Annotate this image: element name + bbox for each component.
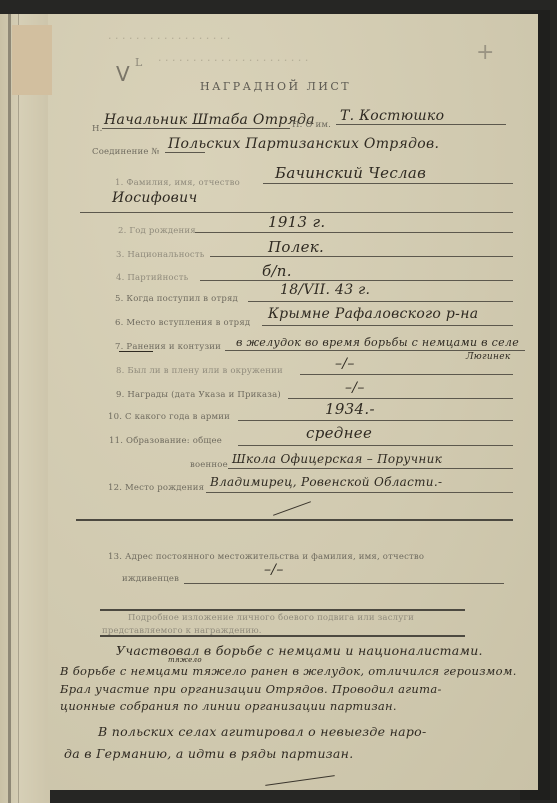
field-value-join-place: Крымне Рафаловского р-на xyxy=(268,306,478,322)
field-line xyxy=(195,232,513,233)
unit-label: Соединение № xyxy=(92,147,160,157)
binding-line xyxy=(8,14,11,803)
corner-check-icon: V xyxy=(116,62,130,86)
bleed-through-text: · · · · · · · · · · · · · · · · · · xyxy=(108,32,230,45)
underline-mark xyxy=(119,351,153,352)
field-value-birthplace: Владимирец, Ровенской Области.- xyxy=(210,475,442,489)
field-value-awards: –/– xyxy=(345,380,365,396)
paper-tab xyxy=(12,25,52,95)
field-line xyxy=(225,350,525,351)
field-line xyxy=(262,325,513,326)
field-value-military-education: Школа Офицерская – Поручник xyxy=(232,452,442,466)
field-value-birth-year: 1913 г. xyxy=(268,213,325,231)
field-label-army-since: 10. С какого года в армии xyxy=(108,412,230,422)
from-label: Н. xyxy=(92,124,103,134)
narrative-top-rule xyxy=(100,609,465,611)
field-label-address: 13. Адрес постоянного местожительства и … xyxy=(108,552,424,562)
field-line xyxy=(263,183,513,184)
po-underline xyxy=(336,124,506,125)
field-label-nationality: 3. Национальность xyxy=(116,250,205,260)
narrative-line-6: да в Германию, а идти в ряды партизан. xyxy=(64,746,354,761)
field-value-name: Бачинский Чеслав xyxy=(275,164,426,182)
field-label-birthplace: 12. Место рождения xyxy=(108,483,204,493)
field-label-join-place: 6. Место вступления в отряд xyxy=(115,318,250,328)
binding-line-inner xyxy=(18,14,19,803)
field-label-birth-year: 2. Год рождения xyxy=(118,226,196,236)
field-value-captivity: –/– xyxy=(335,356,355,372)
field-value-wounds: в желудок во время борьбы с немцами в се… xyxy=(236,336,519,349)
field-label-name: 1. Фамилия, имя, отчество xyxy=(115,178,240,188)
field-line xyxy=(184,583,504,584)
field-line xyxy=(288,398,513,399)
field-line xyxy=(206,492,513,493)
field-value-joined: 18/VII. 43 г. xyxy=(280,282,370,298)
field-value-education: среднее xyxy=(306,424,372,442)
field-label-joined: 5. Когда поступил в отряд xyxy=(115,294,238,304)
field-label-education: 11. Образование: общее xyxy=(109,436,222,446)
field-line xyxy=(210,256,513,257)
narrative-bottom-rule xyxy=(100,635,465,637)
field-label-captivity: 8. Был ли в плену или в окружении xyxy=(116,366,283,376)
section-divider xyxy=(76,519,513,521)
field-label-dependents: иждивенцев xyxy=(122,574,179,584)
field-label-awards: 9. Награды (дата Указа и Приказа) xyxy=(116,390,281,400)
narrative-line-2: В борьбе с немцами тяжело ранен в желудо… xyxy=(60,664,517,678)
field-label-military-education: военное xyxy=(190,460,228,470)
field-value-wounds-place: Люгинек xyxy=(466,352,511,362)
field-line xyxy=(300,374,513,375)
field-line xyxy=(248,301,513,302)
narrative-line-5: В польских селах агитировал о невыезде н… xyxy=(98,724,427,739)
field-value-party: б/п. xyxy=(262,262,292,280)
field-value-patronymic: Иосифович xyxy=(112,190,197,206)
page-title: НАГРАДНОЙ ЛИСТ xyxy=(200,80,351,93)
corner-mark-letter: L xyxy=(135,56,143,69)
field-value-nationality: Полек. xyxy=(268,238,324,256)
po-label: П. О им. xyxy=(292,120,331,130)
narrative-line-4: ционные собрания по линии организации па… xyxy=(60,699,397,713)
narrative-line-3: Брал участие при организации Отрядов. Пр… xyxy=(60,682,442,696)
field-value-address: –/– xyxy=(264,562,284,578)
narrative-insert: тяжело xyxy=(168,656,202,664)
bleed-through-text: · · · · · · · · · · · · · · · · · · · · … xyxy=(158,54,308,67)
from-underline xyxy=(102,128,290,129)
field-line xyxy=(238,445,513,446)
field-label-party: 4. Партийность xyxy=(116,273,188,283)
from-value: Начальник Штаба Отряда xyxy=(104,112,315,128)
field-line xyxy=(200,280,513,281)
unit-value: Польских Партизанских Отрядов. xyxy=(168,136,439,152)
field-line xyxy=(228,468,513,469)
po-value: Т. Костюшко xyxy=(340,108,444,124)
unit-underline xyxy=(165,152,205,153)
field-value-army-since: 1934.- xyxy=(325,400,375,418)
field-line xyxy=(238,420,513,421)
pencil-cross-mark: + xyxy=(476,40,494,65)
